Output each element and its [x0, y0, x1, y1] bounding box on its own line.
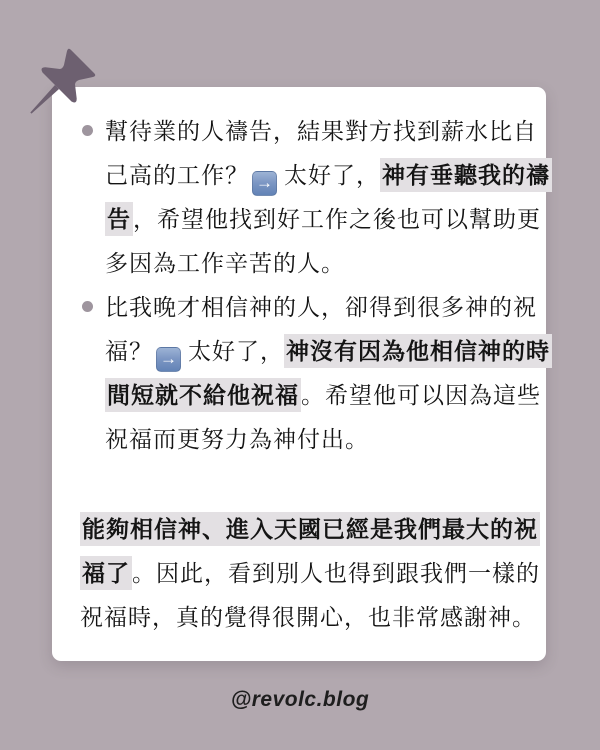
highlighted-text: 神沒有因為他相信神的時: [284, 334, 552, 368]
note-card: 幫待業的人禱告，結果對方找到薪水比自己高的工作？→太好了，神有垂聽我的禱告，希望…: [52, 87, 546, 661]
text-line: 福？→太好了，神沒有因為他相信神的時: [105, 329, 546, 373]
bullet-item: 幫待業的人禱告，結果對方找到薪水比自己高的工作？→太好了，神有垂聽我的禱告，希望…: [80, 109, 546, 285]
bullet-item: 比我晚才相信神的人，卻得到很多神的祝福？→太好了，神沒有因為他相信神的時間短就不…: [80, 285, 546, 461]
text-segment: 祝福而更努力為神付出。: [105, 426, 369, 452]
highlighted-text: 間短就不給他祝福: [105, 378, 301, 412]
highlighted-text: 福了: [80, 556, 132, 590]
bullet-dot-icon: [82, 301, 93, 312]
text-segment: ，希望他找到好工作之後也可以幫助更: [133, 206, 541, 232]
text-line: 己高的工作？→太好了，神有垂聽我的禱: [105, 153, 546, 197]
text-line: 多因為工作辛苦的人。: [105, 241, 546, 285]
arrow-right-emoji-icon: →: [252, 171, 277, 196]
pushpin-icon: [16, 46, 98, 128]
bullet-list: 幫待業的人禱告，結果對方找到薪水比自己高的工作？→太好了，神有垂聽我的禱告，希望…: [80, 109, 546, 461]
text-segment: 幫待業的人禱告，結果對方找到薪水比自: [105, 118, 537, 144]
text-line: 告，希望他找到好工作之後也可以幫助更: [105, 197, 546, 241]
text-line: 祝福時，真的覺得很開心，也非常感謝神。: [80, 595, 546, 639]
text-line: 幫待業的人禱告，結果對方找到薪水比自: [105, 109, 546, 153]
text-segment: 比我晚才相信神的人，卻得到很多神的祝: [105, 294, 537, 320]
highlighted-text: 神有垂聽我的禱: [380, 158, 552, 192]
text-segment: 福？: [105, 338, 153, 364]
footer-handle: @revolc.blog: [0, 688, 600, 712]
text-segment: 。希望他可以因為這些: [301, 382, 541, 408]
text-segment: 太好了，: [284, 162, 380, 188]
text-segment: 。因此，看到別人也得到跟我們一樣的: [132, 560, 540, 586]
text-line: 間短就不給他祝福。希望他可以因為這些: [105, 373, 546, 417]
closing-paragraph: 能夠相信神、進入天國已經是我們最大的祝福了。因此，看到別人也得到跟我們一樣的祝福…: [80, 507, 546, 639]
highlighted-text: 能夠相信神、進入天國已經是我們最大的祝: [80, 512, 540, 546]
pushpin-needle: [29, 85, 59, 115]
text-line: 祝福而更努力為神付出。: [105, 417, 546, 461]
text-segment: 己高的工作？: [105, 162, 249, 188]
text-line: 能夠相信神、進入天國已經是我們最大的祝: [80, 507, 546, 551]
highlighted-text: 告: [105, 202, 133, 236]
text-segment: 多因為工作辛苦的人。: [105, 250, 345, 276]
text-line: 比我晚才相信神的人，卻得到很多神的祝: [105, 285, 546, 329]
text-segment: 太好了，: [188, 338, 284, 364]
text-segment: 祝福時，真的覺得很開心，也非常感謝神。: [80, 604, 536, 630]
arrow-right-emoji-icon: →: [156, 347, 181, 372]
text-line: 福了。因此，看到別人也得到跟我們一樣的: [80, 551, 546, 595]
